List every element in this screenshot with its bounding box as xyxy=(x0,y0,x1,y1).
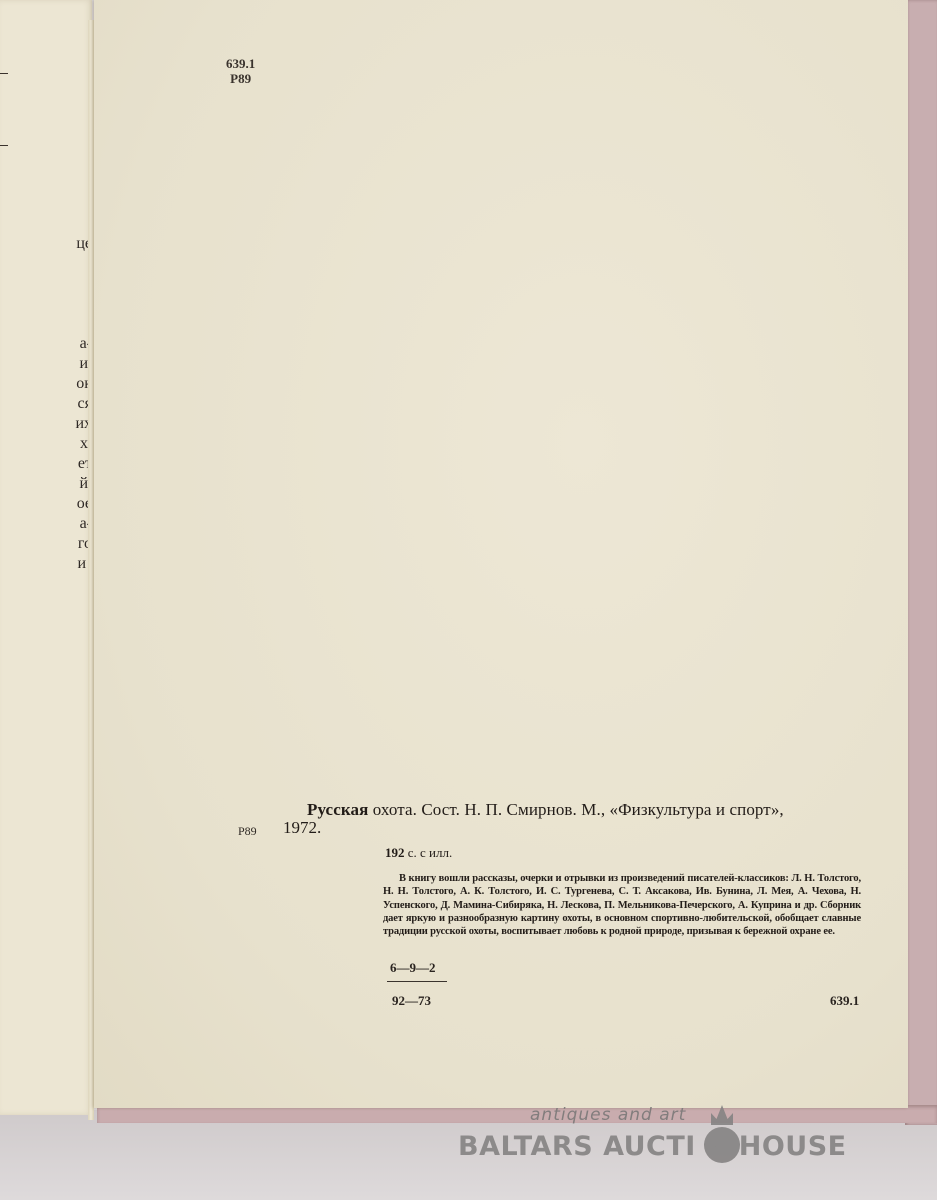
page-count-number: 192 xyxy=(385,845,405,860)
watermark: antiques and art BALTARS AUCTI N HOUSE xyxy=(458,1105,858,1175)
left-page: це а- и, ок ся их х, ет й, ое а- го и xyxy=(0,0,92,1115)
watermark-name: BALTARS AUCTI N HOUSE xyxy=(458,1131,847,1162)
page-count-suffix: с. с илл. xyxy=(405,845,453,860)
classmark-bottom: 639.1 xyxy=(830,993,859,1009)
author-code: Р89 xyxy=(238,824,257,839)
rule-mark xyxy=(0,145,8,146)
book-cover-edge-right xyxy=(905,0,937,1125)
index-fraction-top: 6—9—2 xyxy=(390,960,436,976)
crown-icon xyxy=(711,1105,733,1125)
title-rest: охота. Сост. Н. П. Смирнов. М., «Физкуль… xyxy=(368,800,783,819)
classmark-author: Р89 xyxy=(226,71,255,86)
title-first-word: Русская xyxy=(307,800,368,819)
publication-year: 1972. xyxy=(283,818,321,838)
classmark-top: 639.1 Р89 xyxy=(226,56,255,86)
colophon-page xyxy=(94,0,908,1108)
page-count: 192 с. с илл. xyxy=(385,845,452,861)
index-fraction-bottom: 92—73 xyxy=(392,993,431,1009)
bibliographic-title: Русская охота. Сост. Н. П. Смирнов. М., … xyxy=(307,800,784,820)
fraction-divider xyxy=(387,981,447,982)
rule-mark xyxy=(0,73,8,74)
classmark-udc: 639.1 xyxy=(226,56,255,71)
annotation-paragraph: В книгу вошли рассказы, очерки и отрывки… xyxy=(383,872,861,938)
left-page-fragment: и xyxy=(77,554,86,574)
watermark-tagline: antiques and art xyxy=(530,1105,686,1125)
